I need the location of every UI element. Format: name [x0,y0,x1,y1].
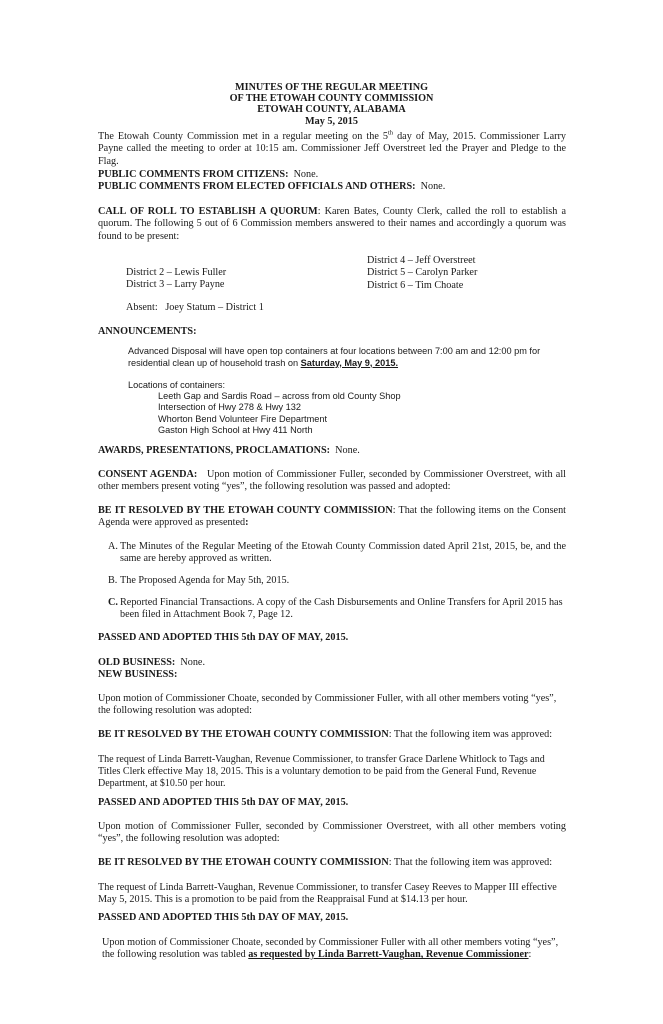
passed-statement: PASSED AND ADOPTED THIS 5th DAY OF MAY, … [98,632,348,643]
title-line-1: MINUTES OF THE REGULAR MEETING [0,82,663,93]
resolved-text: : That the following item was approved: [389,857,552,868]
old-business-label: OLD BUSINESS: [98,657,175,668]
new-business-line: NEW BUSINESS: [98,669,566,681]
old-business-value: None. [180,657,205,668]
officials-label: PUBLIC COMMENTS FROM ELECTED OFFICIALS A… [98,181,416,192]
consent-item-b: B. The Proposed Agenda for May 5th, 2015… [120,575,566,587]
new-business-label: NEW BUSINESS: [98,669,177,680]
item-text: Reported Financial Transactions. A copy … [120,597,563,620]
district-4: District 4 – Jeff Overstreet [367,255,477,267]
location-item: Gaston High School at Hwy 411 North [158,425,401,436]
roll-call-paragraph: CALL OF ROLL TO ESTABLISH A QUORUM: Kare… [98,206,566,243]
announcement-date: Saturday, May 9, 2015. [301,358,398,368]
consent-passed: PASSED AND ADOPTED THIS 5th DAY OF MAY, … [98,632,566,644]
citizens-value: None. [294,169,319,180]
roll-call-label: CALL OF ROLL TO ESTABLISH A QUORUM [98,206,318,217]
district-6: District 6 – Tim Choate [367,280,477,292]
motion-1-request: The request of Linda Barrett-Vaughan, Re… [98,754,566,790]
item-label: C. [108,597,118,609]
item-label: A. [108,541,118,553]
intro-paragraph: The Etowah County Commission met in a re… [98,131,566,168]
public-comments-citizens: PUBLIC COMMENTS FROM CITIZENS: None. [98,169,566,181]
consent-agenda-paragraph: CONSENT AGENDA: Upon motion of Commissio… [98,469,566,494]
document-title: MINUTES OF THE REGULAR MEETING OF THE ET… [0,82,663,127]
title-line-2: OF THE ETOWAH COUNTY COMMISSION [0,93,663,104]
awards-line: AWARDS, PRESENTATIONS, PROCLAMATIONS: No… [98,445,566,457]
document-page: MINUTES OF THE REGULAR MEETING OF THE ET… [0,0,663,1024]
awards-label: AWARDS, PRESENTATIONS, PROCLAMATIONS: [98,445,330,456]
resolved-label: BE IT RESOLVED BY THE ETOWAH COUNTY COMM… [98,505,393,516]
consent-item-c: C. Reported Financial Transactions. A co… [120,597,566,622]
motion-3: Upon motion of Commissioner Choate, seco… [102,937,572,962]
item-text: The Proposed Agenda for May 5th, 2015. [120,575,289,586]
motion-1-passed: PASSED AND ADOPTED THIS 5th DAY OF MAY, … [98,797,566,809]
district-5: District 5 – Carolyn Parker [367,267,477,279]
motion-1: Upon motion of Commissioner Choate, seco… [98,693,566,718]
district-3: District 3 – Larry Payne [126,279,226,291]
officials-value: None. [421,181,446,192]
item-text: The Minutes of the Regular Meeting of th… [120,541,566,564]
motion-1-resolved: BE IT RESOLVED BY THE ETOWAH COUNTY COMM… [98,729,566,741]
location-item: Intersection of Hwy 278 & Hwy 132 [158,402,401,413]
tabled-end: : [529,949,532,960]
consent-agenda-label: CONSENT AGENDA: [98,469,197,480]
announcement-text: Advanced Disposal will have open top con… [128,346,568,369]
roll-right-column: District 4 – Jeff Overstreet District 5 … [367,255,477,292]
absent-line: Absent: Joey Statum – District 1 [126,302,264,314]
location-item: Whorton Bend Volunteer Fire Department [158,414,401,425]
location-item: Leeth Gap and Sardis Road – across from … [158,391,401,402]
awards-value: None. [335,445,360,456]
citizens-label: PUBLIC COMMENTS FROM CITIZENS: [98,169,288,180]
motion-text: Upon motion of Commissioner Choate, seco… [98,693,556,716]
motion-text: Upon motion of Commissioner Fuller, seco… [98,821,566,844]
motion-2: Upon motion of Commissioner Fuller, seco… [98,821,566,846]
motion-2-passed: PASSED AND ADOPTED THIS 5th DAY OF MAY, … [98,912,566,924]
resolved-label: BE IT RESOLVED BY THE ETOWAH COUNTY COMM… [98,729,389,740]
resolved-text: : That the following item was approved: [389,729,552,740]
locations-label: Locations of containers: [128,380,568,392]
resolved-label: BE IT RESOLVED BY THE ETOWAH COUNTY COMM… [98,857,389,868]
announcements-label: ANNOUNCEMENTS: [98,326,566,338]
passed-statement: PASSED AND ADOPTED THIS 5th DAY OF MAY, … [98,797,348,808]
roll-left-column: District 2 – Lewis Fuller District 3 – L… [126,267,226,292]
consent-item-a: A. The Minutes of the Regular Meeting of… [120,541,566,566]
passed-statement: PASSED AND ADOPTED THIS 5th DAY OF MAY, … [98,912,348,923]
public-comments-officials: PUBLIC COMMENTS FROM ELECTED OFFICIALS A… [98,181,566,193]
tabled-note: as requested by Linda Barrett-Vaughan, R… [248,949,528,960]
locations-list: Leeth Gap and Sardis Road – across from … [158,391,401,436]
resolved-colon: : [245,517,248,528]
district-2: District 2 – Lewis Fuller [126,267,226,279]
intro-text-1: The Etowah County Commission met in a re… [98,131,388,142]
old-business-line: OLD BUSINESS: None. [98,657,566,669]
item-label: B. [108,575,117,587]
motion-2-resolved: BE IT RESOLVED BY THE ETOWAH COUNTY COMM… [98,857,566,869]
motion-2-request: The request of Linda Barrett-Vaughan, Re… [98,882,566,907]
announcements-heading: ANNOUNCEMENTS: [98,326,196,337]
consent-resolved-paragraph: BE IT RESOLVED BY THE ETOWAH COUNTY COMM… [98,505,566,530]
title-date: May 5, 2015 [0,116,663,127]
title-line-3: ETOWAH COUNTY, ALABAMA [0,104,663,115]
